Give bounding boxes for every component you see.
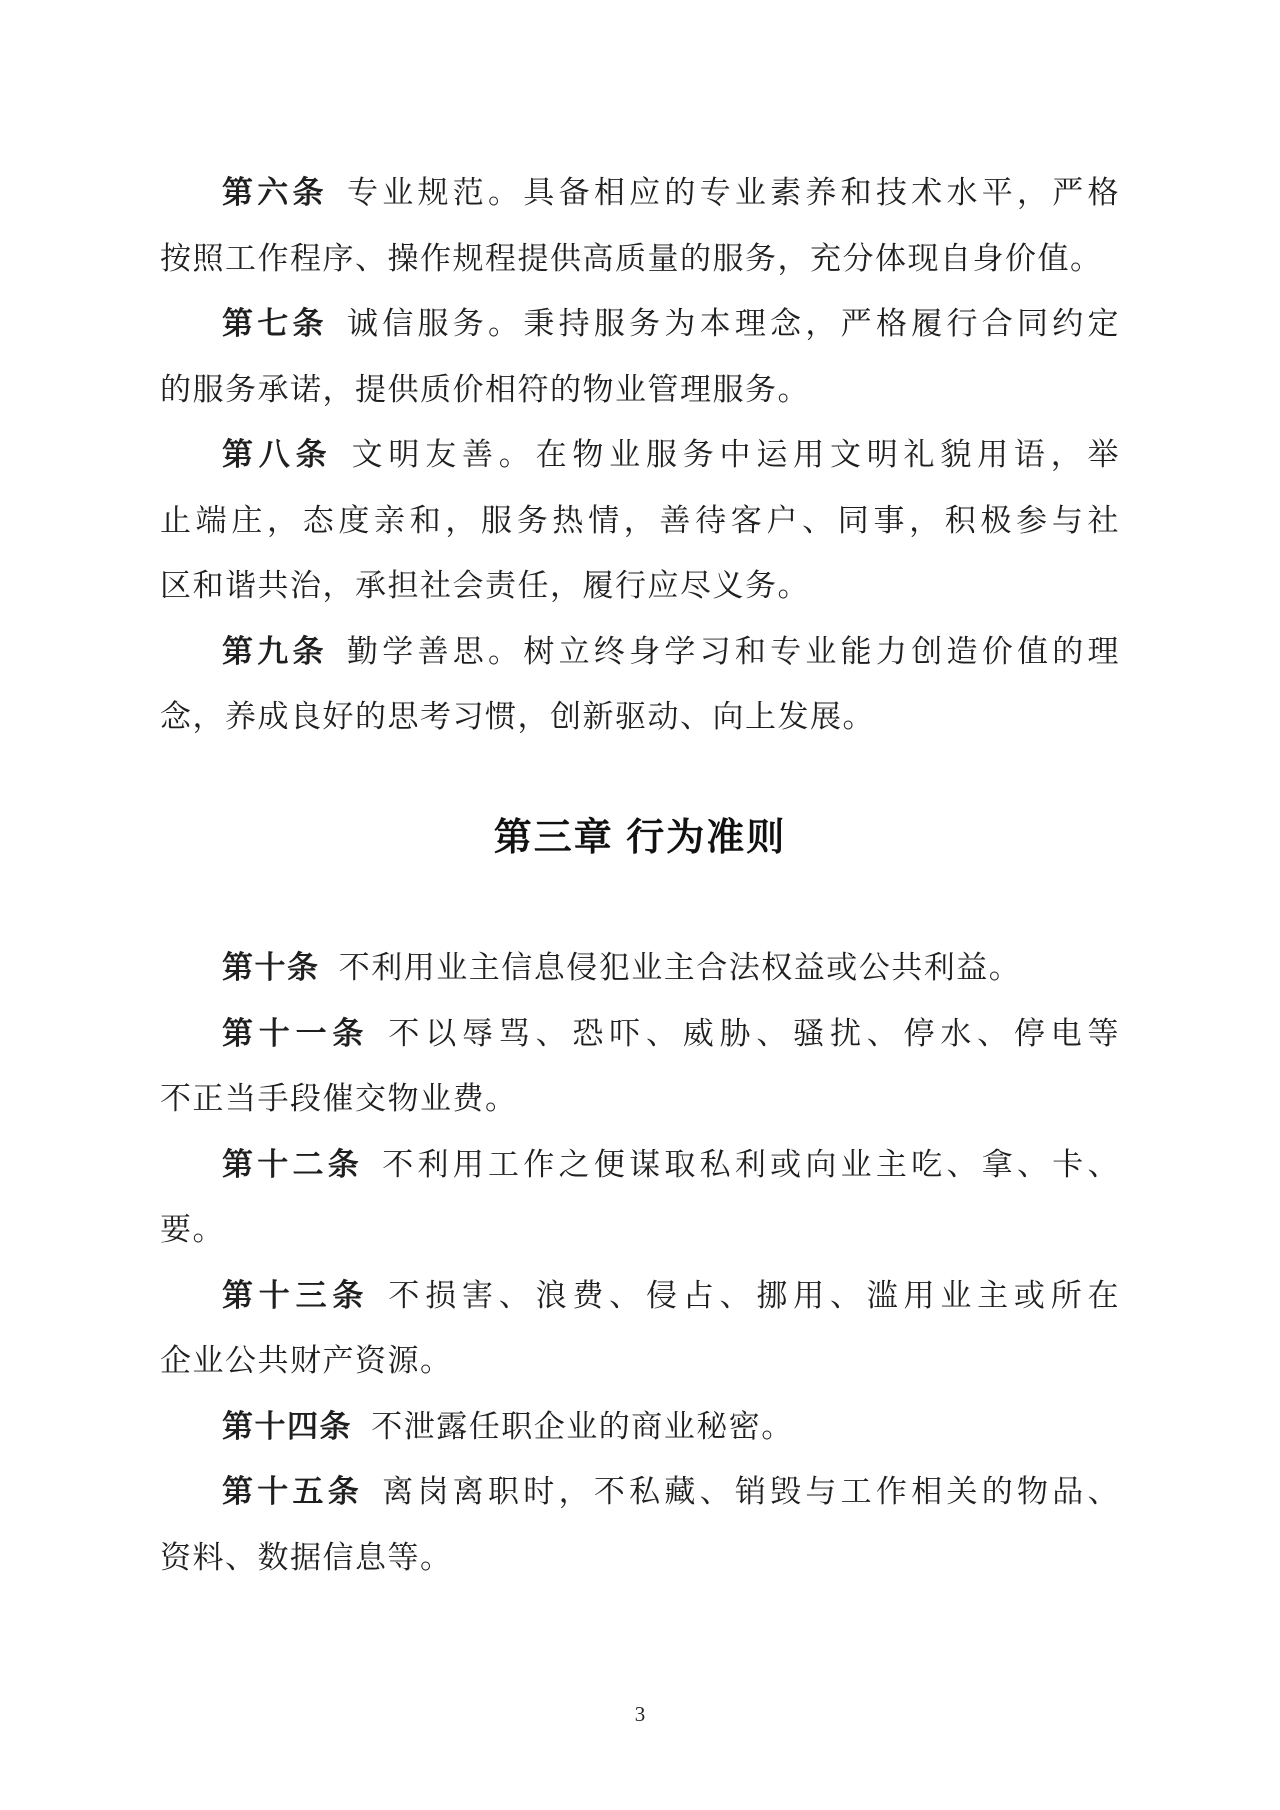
article-6-text: 专业规范。具备相应的专业素养和技术水平，严格 <box>347 175 1120 210</box>
page-number: 3 <box>0 1700 1280 1728</box>
text-line: 止端庄，态度亲和，服务热情，善待客户、同事，积极参与社 <box>160 488 1120 554</box>
text-line: 要。 <box>160 1197 1120 1263</box>
document-body: 第六条专业规范。具备相应的专业素养和技术水平，严格 按照工作程序、操作规程提供高… <box>160 160 1120 1590</box>
text-line: 第六条专业规范。具备相应的专业素养和技术水平，严格 <box>160 160 1120 226</box>
text-line: 资料、数据信息等。 <box>160 1525 1120 1591</box>
article-13: 第十三条不损害、浪费、侵占、挪用、滥用业主或所在 企业公共财产资源。 <box>160 1263 1120 1394</box>
article-9: 第九条勤学善思。树立终身学习和专业能力创造价值的理 念，养成良好的思考习惯，创新… <box>160 619 1120 750</box>
text-line: 不正当手段催交物业费。 <box>160 1066 1120 1132</box>
article-15-text: 离岗离职时，不私藏、销毁与工作相关的物品、 <box>382 1474 1120 1509</box>
text-line: 第十三条不损害、浪费、侵占、挪用、滥用业主或所在 <box>160 1263 1120 1329</box>
text-line: 第七条诚信服务。秉持服务为本理念，严格履行合同约定 <box>160 291 1120 357</box>
article-14: 第十四条不泄露任职企业的商业秘密。 <box>160 1394 1120 1460</box>
article-6-number: 第六条 <box>222 175 328 210</box>
text-line: 念，养成良好的思考习惯，创新驱动、向上发展。 <box>160 684 1120 750</box>
text-line: 第十四条不泄露任职企业的商业秘密。 <box>160 1394 1120 1460</box>
article-8-text: 文明友善。在物业服务中运用文明礼貌用语，举 <box>352 437 1120 472</box>
text-line: 企业公共财产资源。 <box>160 1328 1120 1394</box>
chapter-3-heading: 第三章 行为准则 <box>160 806 1120 872</box>
text-line: 第十五条离岗离职时，不私藏、销毁与工作相关的物品、 <box>160 1459 1120 1525</box>
article-14-text: 不泄露任职企业的商业秘密。 <box>371 1409 794 1444</box>
text-line: 第十条不利用业主信息侵犯业主合法权益或公共利益。 <box>160 935 1120 1001</box>
article-10-number: 第十条 <box>222 950 320 985</box>
article-8: 第八条文明友善。在物业服务中运用文明礼貌用语，举 止端庄，态度亲和，服务热情，善… <box>160 422 1120 619</box>
article-9-text: 勤学善思。树立终身学习和专业能力创造价值的理 <box>347 634 1120 669</box>
article-11-text: 不以辱骂、恐吓、威胁、骚扰、停水、停电等 <box>388 1016 1120 1051</box>
article-7-number: 第七条 <box>222 306 328 341</box>
article-11: 第十一条不以辱骂、恐吓、威胁、骚扰、停水、停电等 不正当手段催交物业费。 <box>160 1001 1120 1132</box>
article-13-number: 第十三条 <box>222 1278 369 1313</box>
article-12-number: 第十二条 <box>222 1147 363 1182</box>
article-14-number: 第十四条 <box>222 1409 352 1444</box>
document-page: 第六条专业规范。具备相应的专业素养和技术水平，严格 按照工作程序、操作规程提供高… <box>0 0 1280 1810</box>
article-9-number: 第九条 <box>222 634 328 669</box>
article-11-number: 第十一条 <box>222 1016 369 1051</box>
article-15-number: 第十五条 <box>222 1474 363 1509</box>
article-15: 第十五条离岗离职时，不私藏、销毁与工作相关的物品、 资料、数据信息等。 <box>160 1459 1120 1590</box>
text-line: 区和谐共治，承担社会责任，履行应尽义务。 <box>160 553 1120 619</box>
article-6: 第六条专业规范。具备相应的专业素养和技术水平，严格 按照工作程序、操作规程提供高… <box>160 160 1120 291</box>
article-10-text: 不利用业主信息侵犯业主合法权益或公共利益。 <box>339 950 1022 985</box>
text-line: 第十一条不以辱骂、恐吓、威胁、骚扰、停水、停电等 <box>160 1001 1120 1067</box>
text-line: 第十二条不利用工作之便谋取私利或向业主吃、拿、卡、 <box>160 1132 1120 1198</box>
text-line: 的服务承诺，提供质价相符的物业管理服务。 <box>160 357 1120 423</box>
article-12-text: 不利用工作之便谋取私利或向业主吃、拿、卡、 <box>382 1147 1120 1182</box>
text-line: 第九条勤学善思。树立终身学习和专业能力创造价值的理 <box>160 619 1120 685</box>
article-7-text: 诚信服务。秉持服务为本理念，严格履行合同约定 <box>347 306 1120 341</box>
text-line: 第八条文明友善。在物业服务中运用文明礼貌用语，举 <box>160 422 1120 488</box>
article-10: 第十条不利用业主信息侵犯业主合法权益或公共利益。 <box>160 935 1120 1001</box>
text-line: 按照工作程序、操作规程提供高质量的服务，充分体现自身价值。 <box>160 226 1120 292</box>
article-7: 第七条诚信服务。秉持服务为本理念，严格履行合同约定 的服务承诺，提供质价相符的物… <box>160 291 1120 422</box>
article-13-text: 不损害、浪费、侵占、挪用、滥用业主或所在 <box>388 1278 1120 1313</box>
article-12: 第十二条不利用工作之便谋取私利或向业主吃、拿、卡、 要。 <box>160 1132 1120 1263</box>
article-8-number: 第八条 <box>222 437 332 472</box>
